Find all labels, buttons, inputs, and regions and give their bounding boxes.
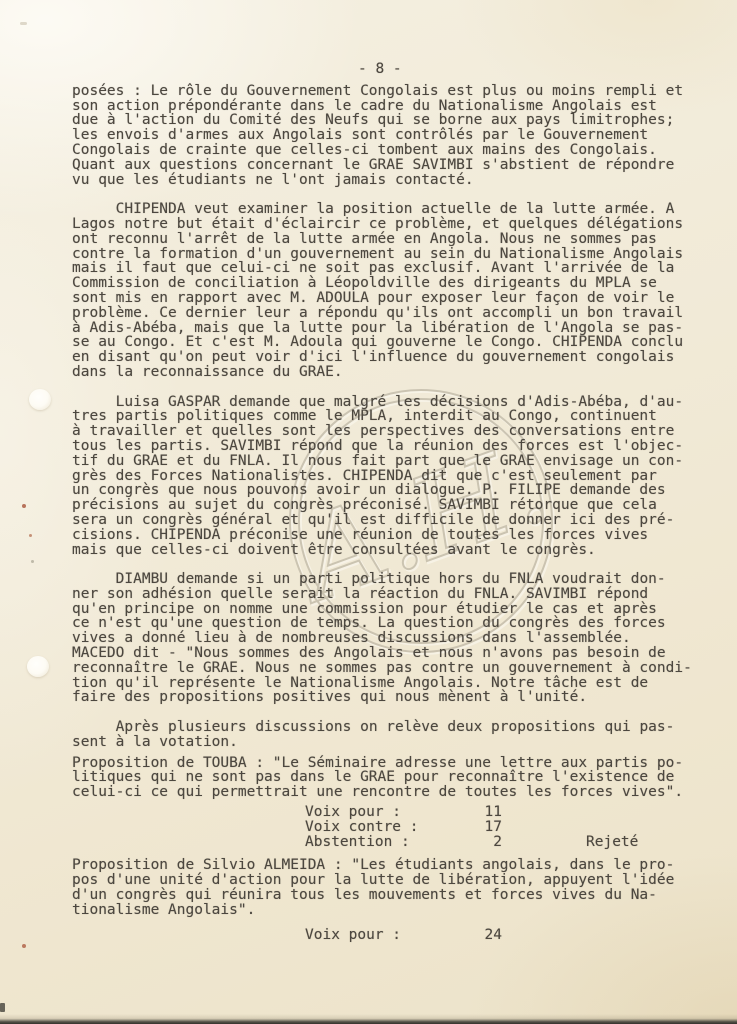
vote-row: Voix contre : 17 <box>305 820 720 835</box>
paragraph-gaspar: Luisa GASPAR demande que malgré les déci… <box>72 395 720 558</box>
vote-value: 11 <box>480 805 502 820</box>
vote-label: Voix pour : <box>305 928 480 943</box>
vote-result-note: Rejeté <box>586 835 638 850</box>
paper-speck <box>22 944 26 948</box>
vote-label: Voix pour : <box>305 805 480 820</box>
vote-row: Abstention : 2 Rejeté <box>305 835 720 850</box>
paper-speck <box>31 560 34 563</box>
vote-row: Voix pour : 11 <box>305 805 720 820</box>
vote-value: 2 <box>480 835 502 850</box>
paragraph-diambu-macedo: DIAMBU demande si un parti politique hor… <box>72 572 720 705</box>
paragraph-government-role: posées : Le rôle du Gouvernement Congola… <box>72 84 720 188</box>
proposal-touba-text: Proposition de TOUBA : "Le Séminaire adr… <box>72 756 720 800</box>
punch-hole-top <box>29 389 51 410</box>
paper-smudge <box>20 22 27 25</box>
vote-value: 24 <box>480 928 502 943</box>
punch-hole-bottom <box>27 656 49 677</box>
vote-row: Voix pour : 24 <box>305 928 720 943</box>
scanned-page: { "document": { "page_number_label": "- … <box>0 0 737 1024</box>
vote-value: 17 <box>480 820 502 835</box>
proposal-almeida-text: Proposition de Silvio ALMEIDA : "Les étu… <box>72 858 720 917</box>
page-number: - 8 - <box>358 62 720 77</box>
paragraph-chipenda: CHIPENDA veut examiner la position actue… <box>72 202 720 380</box>
vote-label: Abstention : <box>305 835 480 850</box>
paper-speck <box>29 534 32 537</box>
paper-speck <box>22 504 26 508</box>
document-content: - 8 - posées : Le rôle du Gouvernement C… <box>72 62 720 942</box>
vote-tally-touba: Voix pour : 11 Voix contre : 17 Abstenti… <box>305 805 720 849</box>
paragraph-votation: Après plusieurs discussions on relève de… <box>72 720 720 750</box>
scan-edge-shadow <box>0 1014 737 1024</box>
vote-label: Voix contre : <box>305 820 480 835</box>
vote-tally-almeida: Voix pour : 24 <box>305 928 720 943</box>
scan-corner-mark <box>0 1003 5 1012</box>
